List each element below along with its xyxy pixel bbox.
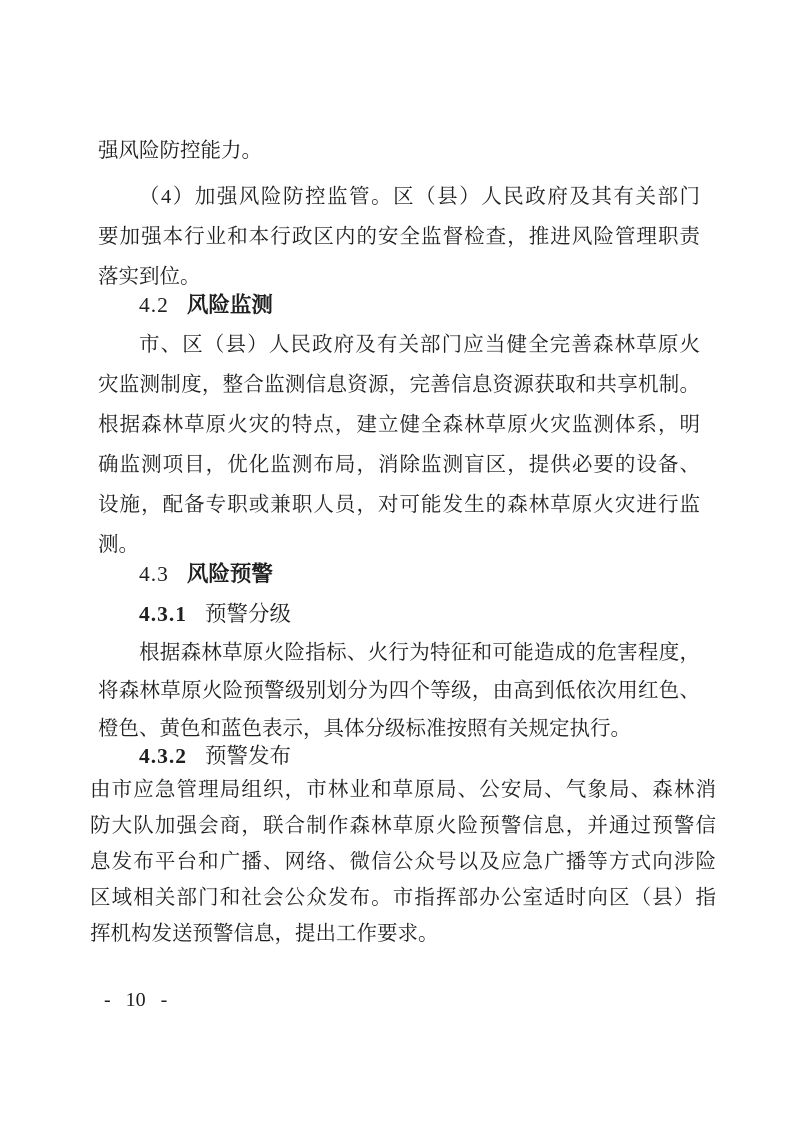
subsection-heading: 4.3.1预警分级: [98, 594, 700, 634]
text-line: 灾监测制度，整合监测信息资源，完善信息资源获取和共享机制。: [98, 365, 700, 405]
text-line: 区域相关部门和社会公众发布。市指挥部办公室适时向区（县）指: [90, 880, 716, 916]
paragraph: 根据森林草原火险指标、火行为特征和可能造成的危害程度，将森林草原火险预警级别划分…: [98, 634, 700, 748]
text-line: 确监测项目，优化监测布局，消除监测盲区，提供必要的设备、: [98, 445, 700, 485]
text-line: 设施，配备专职或兼职人员，对可能发生的森林草原火灾进行监: [98, 485, 700, 525]
heading-title: 预警发布: [205, 744, 291, 768]
paragraph: 强风险防控能力。: [98, 131, 700, 171]
text-line: 防大队加强会商，联合制作森林草原火险预警信息，并通过预警信: [90, 808, 716, 844]
text-line: 要加强本行业和本行政区内的安全监督检查，推进风险管理职责: [98, 217, 700, 257]
heading-number: 4.3.2: [139, 744, 187, 768]
heading-title: 风险预警: [187, 562, 273, 586]
text-line: （4）加强风险防控监管。区（县）人民政府及其有关部门: [98, 177, 700, 217]
text-line: 息发布平台和广播、网络、微信公众号以及应急广播等方式向涉险: [90, 844, 716, 880]
document-content: 强风险防控能力。（4）加强风险防控监管。区（县）人民政府及其有关部门要加强本行业…: [98, 131, 700, 1012]
page-number: - 10 -: [104, 989, 167, 1011]
heading-number: 4.3.1: [139, 602, 187, 626]
heading-title: 风险监测: [187, 293, 273, 317]
text-line: 市、区（县）人民政府及有关部门应当健全完善森林草原火: [98, 325, 700, 365]
text-line: 挥机构发送预警信息，提出工作要求。: [90, 916, 716, 952]
page-footer: - 10 -: [98, 988, 700, 1012]
paragraph: 市、区（县）人民政府及有关部门应当健全完善森林草原火灾监测制度，整合监测信息资源…: [98, 325, 700, 565]
paragraph: 由市应急管理局组织，市林业和草原局、公安局、气象局、森林消防大队加强会商，联合制…: [90, 772, 716, 952]
text-line: 强风险防控能力。: [98, 131, 700, 171]
section-heading: 4.2风险监测: [98, 285, 700, 325]
heading-number: 4.3: [139, 562, 169, 586]
paragraph: （4）加强风险防控监管。区（县）人民政府及其有关部门要加强本行业和本行政区内的安…: [98, 177, 700, 297]
section-heading: 4.3风险预警: [98, 554, 700, 594]
heading-number: 4.2: [139, 293, 169, 317]
text-line: 由市应急管理局组织，市林业和草原局、公安局、气象局、森林消: [90, 772, 716, 808]
text-line: 根据森林草原火险指标、火行为特征和可能造成的危害程度，: [98, 634, 700, 672]
heading-title: 预警分级: [205, 602, 291, 626]
document-page: 强风险防控能力。（4）加强风险防控监管。区（县）人民政府及其有关部门要加强本行业…: [0, 0, 793, 1122]
text-line: 将森林草原火险预警级别划分为四个等级，由高到低依次用红色、: [98, 672, 700, 710]
text-line: 根据森林草原火灾的特点，建立健全森林草原火灾监测体系，明: [98, 405, 700, 445]
